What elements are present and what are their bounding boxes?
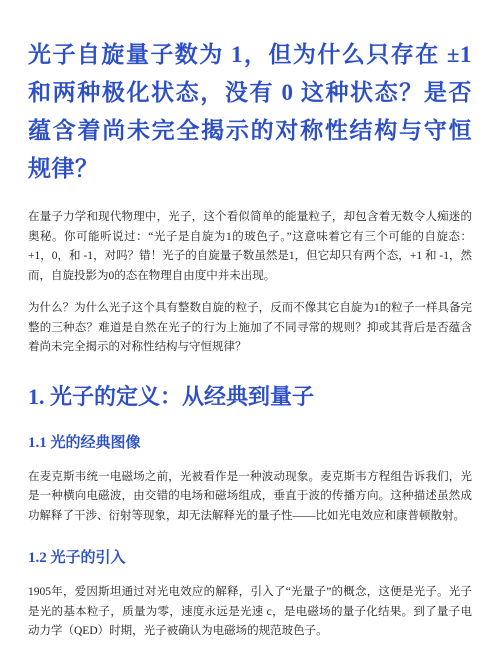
section-1-heading: 1. 光子的定义：从经典到量子	[28, 383, 472, 411]
article-page: 光子自旋量子数为 1，但为什么只存在 ±1 和两种极化状态，没有 0 这种状态？…	[0, 0, 500, 647]
subsection-1-1-heading: 1.1 光的经典图像	[28, 433, 472, 453]
subsection-1-1-body: 在麦克斯韦统一电磁场之前，光被看作是一种波动现象。麦克斯韦方程组告诉我们，光是一…	[28, 468, 472, 527]
subsection-1-2-heading: 1.2 光子的引入	[28, 548, 472, 568]
intro-paragraph-1: 在量子力学和现代物理中，光子，这个看似简单的能量粒子，却包含着无数令人痴迷的奥秘…	[28, 208, 472, 286]
page-title: 光子自旋量子数为 1，但为什么只存在 ±1 和两种极化状态，没有 0 这种状态？…	[28, 0, 472, 188]
intro-paragraph-2: 为什么？为什么光子这个具有整数自旋的粒子，反而不像其它自旋为1的粒子一样具备完整…	[28, 299, 472, 358]
subsection-1-2-body: 1905年，爱因斯坦通过对光电效应的解释，引入了“光量子”的概念，这便是光子。光…	[28, 583, 472, 642]
